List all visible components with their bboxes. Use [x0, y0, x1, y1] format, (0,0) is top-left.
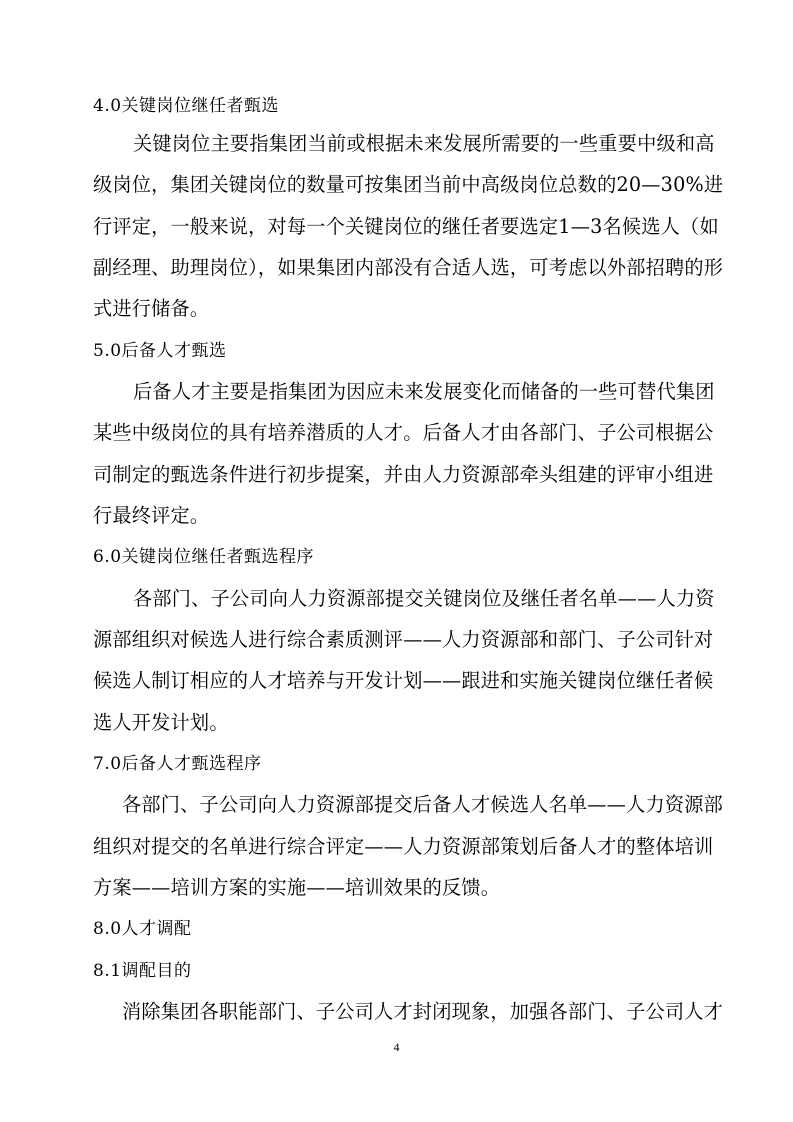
paragraph-line: 某些中级岗位的具有培养潜质的人才。后备人才由各部门、子公司根据公 [93, 421, 700, 445]
paragraph-line: 式进行储备。 [93, 297, 209, 321]
paragraph-line: 选人开发计划。 [93, 711, 229, 735]
section-heading-8-0: 8.0人才调配 [93, 917, 192, 941]
paragraph-line: 关键岗位主要指集团当前或根据未来发展所需要的一些重要中级和高 [133, 132, 700, 156]
paragraph-line: 后备人才主要是指集团为因应未来发展变化而储备的一些可替代集团 [133, 380, 700, 404]
paragraph-line: 司制定的甄选条件进行初步提案，并由人力资源部牵头组建的评审小组进 [93, 463, 700, 487]
section-heading-5-0: 5.0后备人才甄选 [93, 339, 227, 363]
paragraph-line: 各部门、子公司向人力资源部提交关键岗位及继任者名单——人力资 [133, 587, 700, 611]
paragraph-line: 消除集团各职能部门、子公司人才封闭现象，加强各部门、子公司人才 [122, 1000, 700, 1024]
paragraph-line: 级岗位，集团关键岗位的数量可按集团当前中高级岗位总数的20—30%进 [93, 173, 700, 197]
paragraph-line: 组织对提交的名单进行综合评定——人力资源部策划后备人才的整体培训 [93, 835, 700, 859]
paragraph-line: 行最终评定。 [93, 504, 209, 528]
document-page: 4.0关键岗位继任者甄选 关键岗位主要指集团当前或根据未来发展所需要的一些重要中… [0, 0, 793, 1122]
section-heading-8-1: 8.1调配目的 [93, 959, 192, 983]
section-heading-4-0: 4.0关键岗位继任者甄选 [93, 94, 279, 118]
paragraph-line: 源部组织对候选人进行综合素质测评——人力资源部和部门、子公司针对 [93, 628, 700, 652]
section-heading-6-0: 6.0关键岗位继任者甄选程序 [93, 545, 314, 569]
paragraph-line: 各部门、子公司向人力资源部提交后备人才候选人名单——人力资源部 [122, 793, 700, 817]
paragraph-line: 方案——培训方案的实施——培训效果的反馈。 [93, 876, 500, 900]
page-number: 4 [0, 1040, 793, 1055]
paragraph-line: 候选人制订相应的人才培养与开发计划——跟进和实施关键岗位继任者候 [93, 669, 700, 693]
paragraph-line: 行评定，一般来说，对每一个关键岗位的继任者要选定1—3名候选人（如 [93, 215, 700, 239]
paragraph-line: 副经理、助理岗位），如果集团内部没有合适人选，可考虑以外部招聘的形 [93, 256, 700, 280]
section-heading-7-0: 7.0后备人才甄选程序 [93, 752, 262, 776]
